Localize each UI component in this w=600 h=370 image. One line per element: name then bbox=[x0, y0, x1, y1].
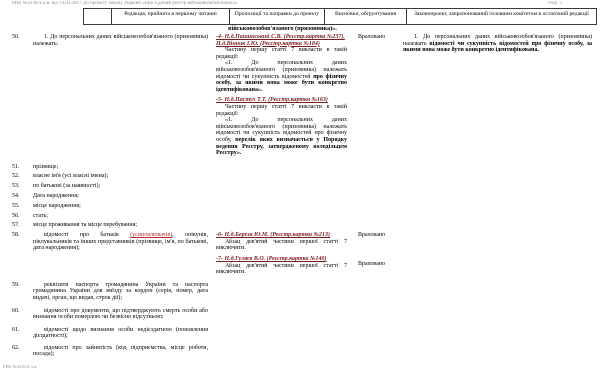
header-cell-conclusions: Висновки, обґрунтування bbox=[325, 9, 407, 24]
table-row-57: 57. місце проживання та місце перебуванн… bbox=[10, 222, 592, 229]
table-row-58: 58. відомості про батьків (усиновлювачів… bbox=[10, 232, 592, 280]
amendment-block: -5- Н.д.Пастух Т.Т. (Реєстр.картка №163)… bbox=[216, 97, 347, 156]
tracked-change-text: (усиновлювачів) bbox=[130, 232, 172, 238]
row-number: 61. bbox=[10, 327, 33, 334]
amendment-block: -4- Н.д.Пашинський С.В. (Реєстр.картка №… bbox=[216, 34, 347, 93]
proposals-cell: -6- Н.д.Береза Ю.М. (Реєстр.картка №213)… bbox=[216, 232, 353, 280]
page-top-line: РИБ №4230/4-д.в. від 14.03.2017 До проек… bbox=[12, 1, 562, 7]
row-number: 59. bbox=[10, 282, 33, 289]
final-version-text: 1. До персональних даних військовозобов'… bbox=[403, 34, 592, 54]
conclusions-cell: Враховано bbox=[353, 34, 403, 41]
table-row-52: 52. власне ім'я (усі власні імена); bbox=[10, 173, 592, 180]
first-reading-text: по батькові (за наявності); bbox=[33, 183, 216, 190]
table-row-60: 60. відомості про документи, що підтверд… bbox=[10, 308, 592, 321]
table-row-59: 59. реквізити паспорта громадянина Украї… bbox=[10, 282, 592, 302]
first-reading-text: відомості про батьків (усиновлювачів), о… bbox=[33, 232, 216, 252]
header-cell-final-version: Законопроект, запропонований головним ко… bbox=[407, 9, 596, 24]
document-reference: РИБ №4230/4-д.в. від 14.03.2017 До проек… bbox=[12, 1, 237, 7]
row-number: 62. bbox=[10, 345, 33, 352]
table-row-51: 51. прізвище; bbox=[10, 164, 592, 171]
table-row-62: 62. відомості про зайнятість (код підпри… bbox=[10, 345, 592, 358]
amendment-quote: «1. До персональних даних військовозобов… bbox=[216, 117, 347, 157]
row-number: 50. bbox=[10, 34, 33, 41]
amendment-author: -7- Н.д.Гуляєв В.О. (Реєстр.картка №140) bbox=[216, 256, 347, 263]
proposals-cell: -4- Н.д.Пашинський С.В. (Реєстр.картка №… bbox=[216, 34, 353, 161]
amendment-block: -7- Н.д.Гуляєв В.О. (Реєстр.картка №140)… bbox=[216, 256, 347, 276]
amendment-text: Абзац дев'ятий частини першої статті 7 в… bbox=[216, 263, 347, 276]
amendment-author: -5- Н.д.Пастух Т.Т. (Реєстр.картка №163) bbox=[216, 97, 347, 104]
conclusion-status: Враховано bbox=[358, 232, 403, 239]
amendment-author: -6- Н.д.Береза Ю.М. (Реєстр.картка №213) bbox=[216, 232, 347, 239]
row-number: 53. bbox=[10, 183, 33, 190]
amendment-block: -6- Н.д.Береза Ю.М. (Реєстр.картка №213)… bbox=[216, 232, 347, 252]
document-body: 50. 1. До персональних даних військовозо… bbox=[10, 34, 592, 358]
first-reading-text: власне ім'я (усі власні імена); bbox=[33, 173, 216, 180]
first-reading-text: реквізити паспорта громадянина України т… bbox=[33, 282, 216, 302]
table-row-50: 50. 1. До персональних даних військовозо… bbox=[10, 34, 592, 161]
row-number: 54. bbox=[10, 193, 33, 200]
header-cell-number bbox=[84, 9, 112, 24]
row-number: 56. bbox=[10, 213, 33, 220]
first-reading-text: прізвище; bbox=[33, 164, 216, 171]
comparative-table-header: Редакція, прийнята в першому читанні Про… bbox=[83, 8, 597, 25]
first-reading-text: відомості щодо визнання особи недієздатн… bbox=[33, 327, 216, 340]
row-number: 52. bbox=[10, 173, 33, 180]
row-number: 58. bbox=[10, 232, 33, 239]
first-reading-text: стать; bbox=[33, 213, 216, 220]
first-reading-text: місце проживання та місце перебування; bbox=[33, 222, 216, 229]
amendment-quote: «1. До персональних даних військовозобов… bbox=[216, 60, 347, 93]
amendment-text: Абзац дев'ятий частини першої статті 7 в… bbox=[216, 239, 347, 252]
amendment-author: -4- Н.д.Пашинський С.В. (Реєстр.картка №… bbox=[216, 34, 347, 47]
amendment-intro: Частину першу статті 7 викласти в такій … bbox=[216, 104, 347, 117]
continuation-line: військовозобов'язаного (призовника)». bbox=[10, 25, 555, 32]
amendment-intro: Частину першу статті 7 викласти в такій … bbox=[216, 47, 347, 60]
footer-reference: РИБ №4230/4-д.в. bbox=[3, 364, 37, 369]
row-number: 57. bbox=[10, 222, 33, 229]
first-reading-text: 1. До персональних даних військовозобов'… bbox=[33, 34, 216, 47]
header-cell-first-reading: Редакція, прийнята в першому читанні bbox=[112, 9, 230, 24]
table-row-53: 53. по батькові (за наявності); bbox=[10, 183, 592, 190]
table-row-55: 55. місце народження; bbox=[10, 203, 592, 210]
first-reading-text: Дата народження; bbox=[33, 193, 216, 200]
table-row-61: 61. відомості щодо визнання особи недієз… bbox=[10, 327, 592, 340]
row-number: 55. bbox=[10, 203, 33, 210]
first-reading-text: відомості про документи, що підтверджуют… bbox=[33, 308, 216, 321]
table-row-56: 56. стать; bbox=[10, 213, 592, 220]
conclusions-cell: Враховано Враховано bbox=[353, 232, 403, 267]
first-reading-text: місце народження; bbox=[33, 203, 216, 210]
first-reading-text: відомості про зайнятість (код підприємст… bbox=[33, 345, 216, 358]
page-number: стор. 5 bbox=[548, 1, 562, 7]
conclusion-status: Враховано bbox=[358, 261, 403, 268]
row-number: 51. bbox=[10, 164, 33, 171]
table-row-54: 54. Дата народження; bbox=[10, 193, 592, 200]
conclusion-status: Враховано bbox=[358, 34, 403, 41]
header-cell-proposals: Пропозиції та поправки до проекту bbox=[230, 9, 325, 24]
row-number: 60. bbox=[10, 308, 33, 315]
